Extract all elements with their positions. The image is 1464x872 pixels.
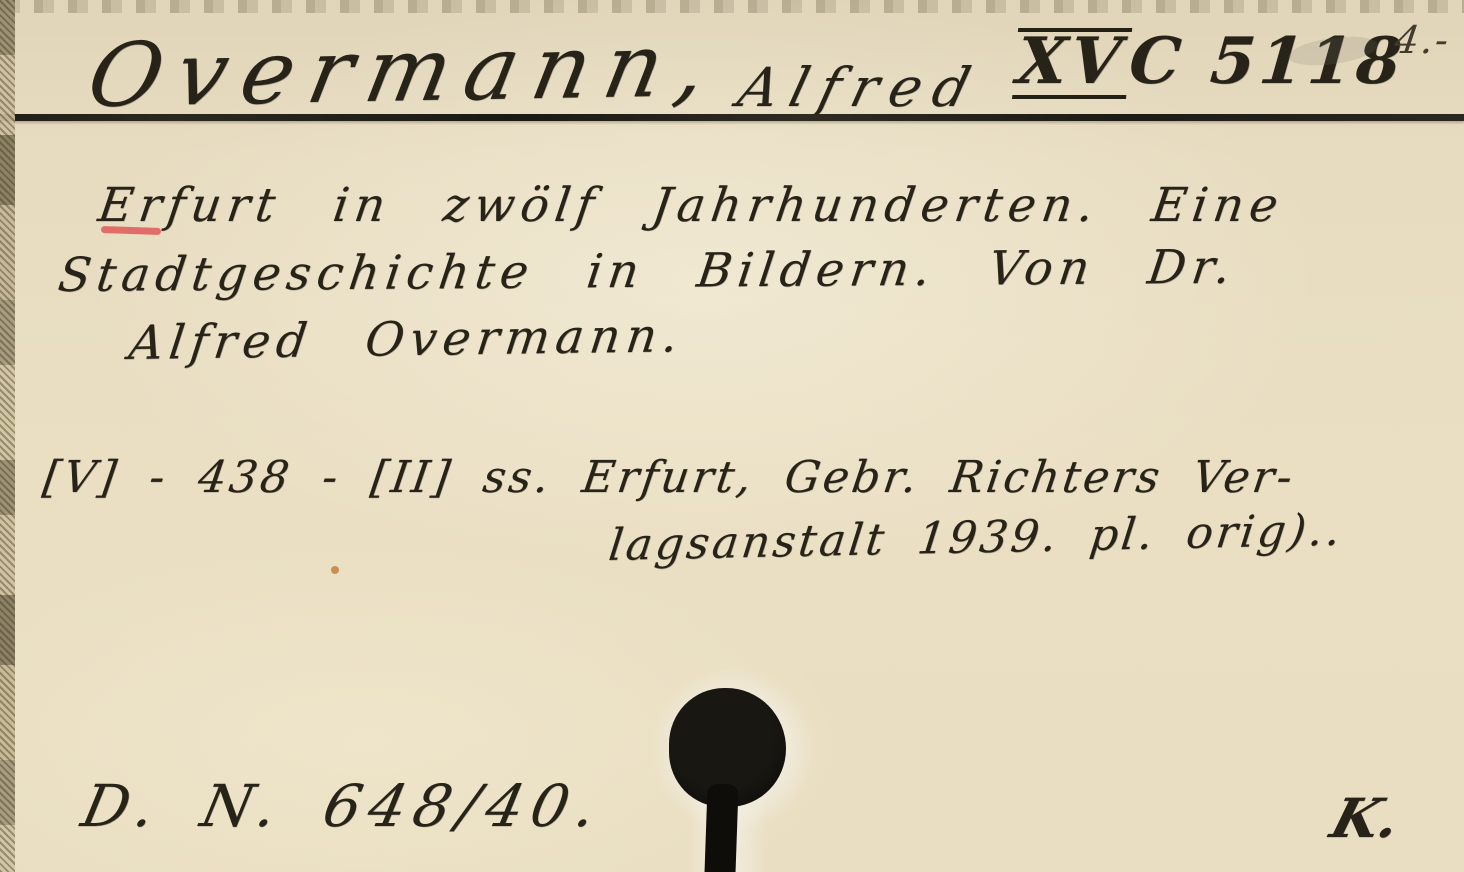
shelfmark: XVC 5118 [1012, 24, 1408, 99]
author-surname: Overmann, [80, 13, 731, 127]
author-forename: Alfred [732, 56, 988, 119]
title-line-3: Alfred Overmann. [126, 308, 687, 371]
card-top-edge [0, 0, 1464, 13]
punch-hole-slot [704, 783, 738, 872]
paper-speck [331, 566, 339, 574]
card-left-edge [0, 0, 15, 872]
accession-number: D. N. 648/40. [76, 772, 610, 840]
header-rule-line [0, 114, 1464, 121]
shelfmark-number: C 5118 [1126, 24, 1408, 99]
cataloger-initials: K. [1324, 786, 1408, 850]
shelfmark-roman-numeral: XV [1012, 28, 1133, 99]
title-line-1: Erfurt in zwölf Jahrhunderten. Eine [95, 178, 1287, 233]
collation-line-1: [V] - 438 - [II] ss. Erfurt, Gebr. Richt… [40, 452, 1298, 503]
catalog-card: Overmann, Alfred XVC 5118 4.- Erfurt in … [0, 0, 1464, 872]
corner-note: 4.- [1392, 18, 1453, 62]
collation-line-2: lagsanstalt 1939. pl. orig).. [606, 505, 1346, 571]
title-line-2: Stadtgeschichte in Bildern. Von Dr. [55, 240, 1240, 303]
red-underline-mark [101, 226, 161, 235]
